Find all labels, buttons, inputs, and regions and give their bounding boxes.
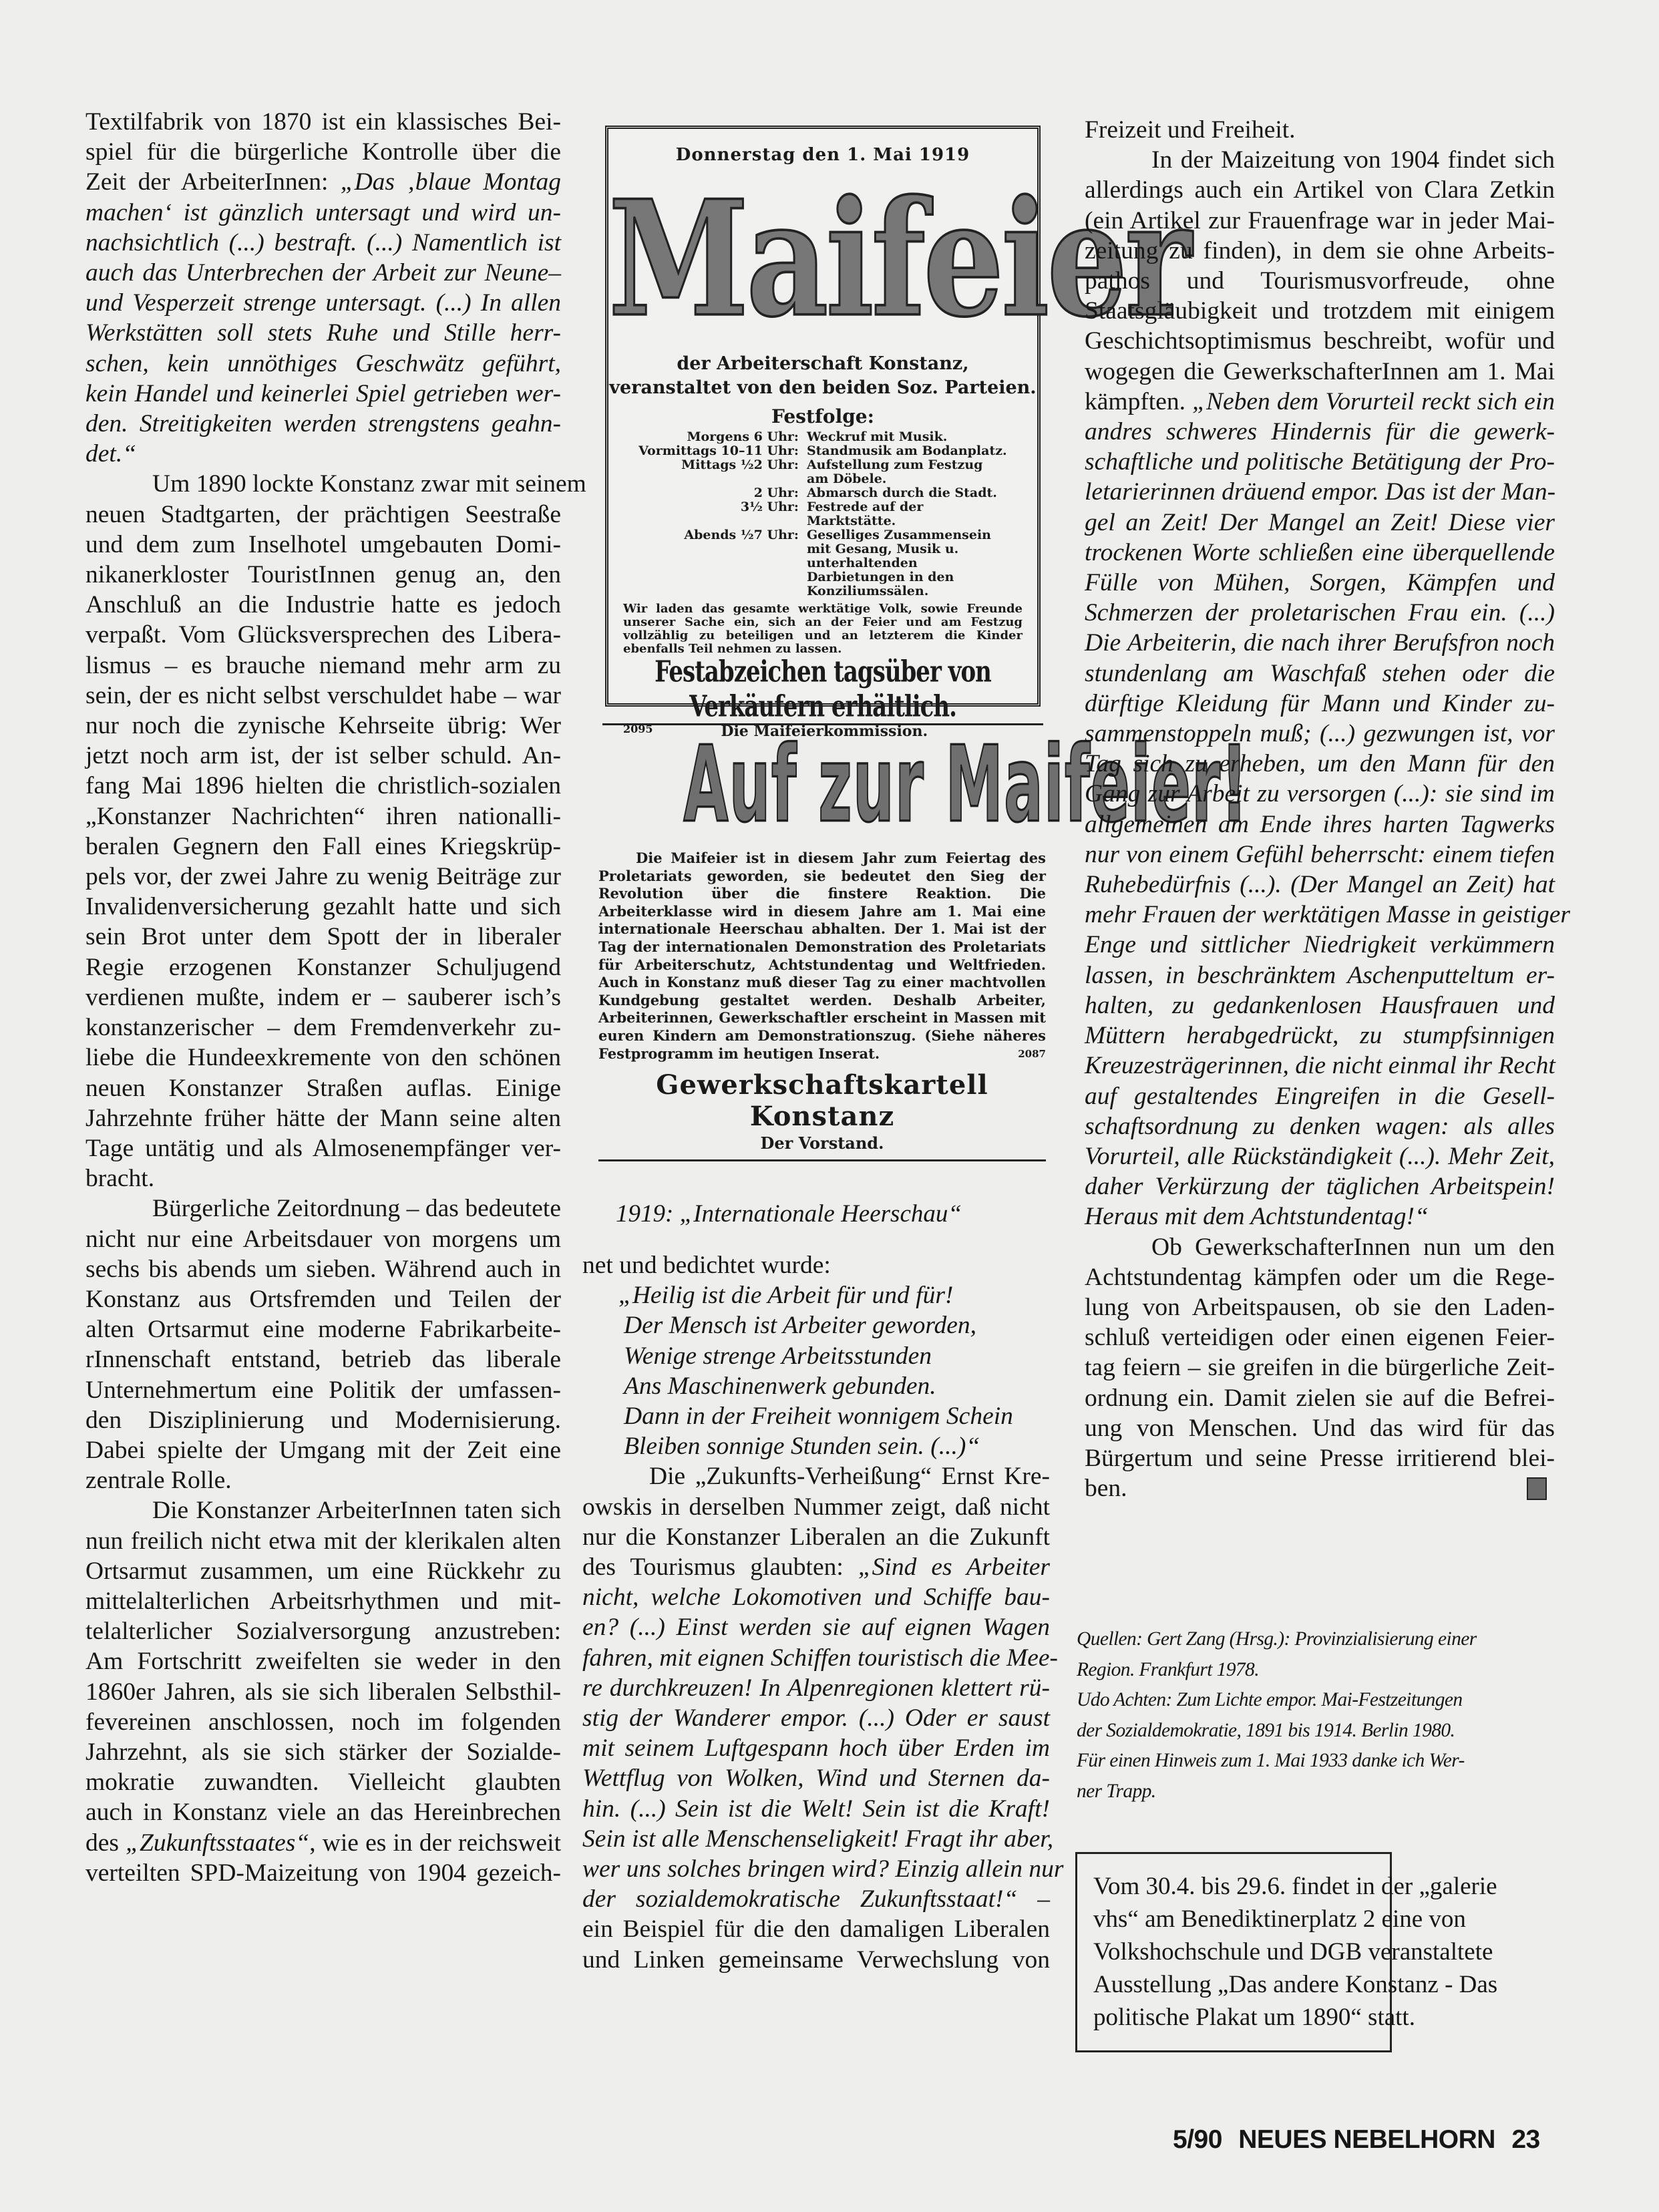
poster2-body-text: Die Maifeier ist in diesem Jahr zum Feie…: [598, 850, 1046, 1062]
poster-date: Donnerstag den 1. Mai 1919: [608, 145, 1037, 165]
text-line: nur von einem Gefühl beherrscht: einem t…: [1085, 840, 1555, 870]
program-row: 3½ Uhr:Festrede auf der Marktstätte.: [634, 500, 1011, 528]
page-footer: 5/90 NEUES NEBELHORN 23: [1173, 2125, 1549, 2155]
text-line: und Linken gemeinsame Verwechslung von: [582, 1945, 1050, 1975]
text-line: Anschluß an die Industrie hatte es jedoc…: [85, 590, 561, 620]
text-line: sein, der es nicht selbst verschuldet ha…: [85, 681, 561, 711]
source-line: ner Trapp.: [1077, 1777, 1531, 1807]
text-line: lismus – es brauche niemand mehr arm zu: [85, 651, 561, 681]
text-line: hin. (...) Sein ist die Welt! Sein ist d…: [582, 1794, 1050, 1824]
text-line: Die Konstanzer ArbeiterInnen taten sich: [85, 1495, 561, 1525]
end-of-article-square-icon: [1527, 1477, 1547, 1500]
text-line: verdienen mußte, indem er – sauberer isc…: [85, 982, 561, 1012]
text-line: den Disziplinierung und Modernisierung.: [85, 1405, 561, 1435]
text-line: Tag sich zu erheben, um den Mann für den: [1085, 749, 1555, 779]
text-line: Werkstätten soll stets Ruhe und Stille h…: [85, 318, 561, 348]
article-column-right: Freizeit und Freiheit.In der Maizeitung …: [1085, 115, 1555, 1503]
text-line: Wettflug von Wolken, Wind und Sternen da…: [582, 1763, 1050, 1793]
text-line: Konstanz aus Ortsfremden und Teilen der: [85, 1284, 561, 1314]
program-row: Abends ½7 Uhr:Geselliges Zusammensein mi…: [634, 528, 1011, 598]
text-line: tag feiern – sie greifen in die bürgerli…: [1085, 1352, 1555, 1382]
program-time: 3½ Uhr:: [634, 500, 803, 528]
verse-line: Ans Maschinenwerk gebunden.: [624, 1371, 1050, 1401]
poem-verse: „Heilig ist die Arbeit für und für! Der …: [582, 1280, 1050, 1461]
program-time: Morgens 6 Uhr:: [634, 430, 803, 444]
text-line: stig der Wanderer empor. (...) Oder er s…: [582, 1703, 1050, 1733]
text-line: Die „Zukunfts-Verheißung“ Ernst Kre-: [582, 1461, 1050, 1491]
verse-line: „Heilig ist die Arbeit für und für!: [618, 1280, 1050, 1310]
text-line: auch das Unterbrechen der Arbeit zur Neu…: [85, 258, 561, 288]
notice-line: Vom 30.4. bis 29.6. findet in der „galer…: [1093, 1870, 1379, 1903]
text-line: nikanerkloster TouristInnen genug an, de…: [85, 560, 561, 590]
notice-line: Volkshochschule und DGB veranstaltete: [1093, 1935, 1379, 1968]
text-line: re durchkreuzen! In Alpenregionen klette…: [582, 1673, 1050, 1703]
text-line: Geschichtsoptimismus beschreibt, wofür u…: [1085, 326, 1555, 356]
text-line: konstanzerischer – dem Fremdenverkehr zu…: [85, 1012, 561, 1043]
text-line: mittelalterlichen Arbeitsrhythmen und mi…: [85, 1586, 561, 1616]
poster2-organization: Gewerkschaftskartell Konstanz: [598, 1069, 1046, 1132]
text-line: des „Zukunftsstaates“, wie es in der rei…: [85, 1828, 561, 1858]
notice-line: Ausstellung „Das andere Konstanz - Das: [1093, 1968, 1379, 2001]
text-line: andres schweres Hindernis für die gewerk…: [1085, 417, 1555, 447]
text-line: lassen, in beschränktem Aschenputteltum …: [1085, 960, 1555, 990]
poster2-body: Die Maifeier ist in diesem Jahr zum Feie…: [598, 850, 1046, 1063]
program-event: Abmarsch durch die Stadt.: [803, 486, 1011, 500]
text-line: Ortsarmut zusammen, um eine Rückkehr zu: [85, 1556, 561, 1586]
text-line: Die Arbeiterin, die nach ihrer Berufsfro…: [1085, 628, 1555, 658]
poster-maifeier-ad: Donnerstag den 1. Mai 1919 Maifeier der …: [605, 126, 1041, 707]
text-line: lung von Arbeitspausen, ob sie den Laden…: [1085, 1292, 1555, 1322]
text-line: Regie erzogenen Konstanzer Schuljugend: [85, 952, 561, 982]
text-line: verpaßt. Vom Glücksversprechen des Liber…: [85, 620, 561, 650]
poster-badge-line: Festabzeichen tagsüber von Verkäufern er…: [608, 655, 1037, 724]
text-line: spiel für die bürgerliche Kontrolle über…: [85, 137, 561, 167]
text-line: des Tourismus glaubten: „Sind es Arbeite…: [582, 1552, 1050, 1582]
program-event: Festrede auf der Marktstätte.: [803, 500, 1011, 528]
text-line: 1860er Jahren, als sie sich liberalen Se…: [85, 1677, 561, 1707]
poster-subtitle-1: der Arbeiterschaft Konstanz,: [608, 352, 1037, 376]
text-line: pathos und Tourismusvorfreude, ohne: [1085, 266, 1555, 296]
program-row: 2 Uhr:Abmarsch durch die Stadt.: [634, 486, 1011, 500]
text-line: mokratie zuwandten. Vielleicht glaubten: [85, 1767, 561, 1797]
text-line: nicht, welche Lokomotiven und Schiffe ba…: [582, 1582, 1050, 1612]
text-line: allerdings auch ein Artikel von Clara Ze…: [1085, 175, 1555, 205]
program-event: Standmusik am Bodanplatz.: [803, 444, 1011, 458]
text-line: allgemeinen am Ende ihres harten Tagwerk…: [1085, 809, 1555, 840]
text-line: ein Beispiel für die den damaligen Liber…: [582, 1914, 1050, 1944]
poster-program-table: Morgens 6 Uhr:Weckruf mit Musik.Vormitta…: [634, 430, 1011, 598]
source-line: Für einen Hinweis zum 1. Mai 1933 danke …: [1077, 1746, 1531, 1777]
text-line: trockenen Worte schließen eine überquell…: [1085, 538, 1555, 568]
text-line: In der Maizeitung von 1904 findet sich: [1085, 145, 1555, 175]
text-line: letarierinnen dräuend empor. Das ist der…: [1085, 477, 1555, 507]
sources-list: Quellen: Gert Zang (Hrsg.): Provinzialis…: [1077, 1624, 1531, 1807]
poster-subtitle-2: veranstaltet von den beiden Soz. Parteie…: [608, 376, 1037, 400]
text-line: machen‘ ist gänzlich untersagt und wird …: [85, 198, 561, 228]
source-line: Udo Achten: Zum Lichte empor. Mai-Festze…: [1077, 1685, 1531, 1716]
article-column-middle: net und bedichtet wurde: „Heilig ist die…: [582, 1250, 1050, 1975]
text-line: ben.: [1085, 1473, 1555, 1503]
text-line: Kreuzesträgerinnen, die nicht einmal ihr…: [1085, 1051, 1555, 1081]
text-line: Jahrzehnte früher hätte der Mann seine a…: [85, 1103, 561, 1133]
text-line: nur die Konstanzer Liberalen an die Zuku…: [582, 1522, 1050, 1552]
text-line: schen, kein unnöthiges Geschwätz geführt…: [85, 349, 561, 379]
issue-number: 5/90: [1173, 2125, 1222, 2154]
text-line: Gang zur Arbeit zu versorgen (...): sie …: [1085, 779, 1555, 809]
text-line: auch in Konstanz viele an das Hereinbrec…: [85, 1797, 561, 1827]
text-line: Enge und sittlicher Niedrigkeit verkümme…: [1085, 930, 1555, 960]
verse-line: Wenige strenge Arbeitsstunden: [624, 1341, 1050, 1371]
text-line: dürftige Kleidung für Mann und Kinder zu…: [1085, 689, 1555, 719]
text-line: verteilten SPD-Maizeitung von 1904 gezei…: [85, 1858, 561, 1888]
text-line: nachsichtlich (...) bestraft. (...) Name…: [85, 228, 561, 258]
text-line: „Konstanzer Nachrichten“ ihren nationall…: [85, 801, 561, 832]
text-line: Schmerzen der proletarischen Frau ein. (…: [1085, 598, 1555, 628]
program-time: 2 Uhr:: [634, 486, 803, 500]
text-line: nun freilich nicht etwa mit der klerikal…: [85, 1526, 561, 1556]
text-line: kein Handel und keinerlei Spiel getriebe…: [85, 379, 561, 409]
exhibition-notice-box: Vom 30.4. bis 29.6. findet in der „galer…: [1075, 1852, 1392, 2052]
poster-title: Maifeier: [608, 172, 1037, 347]
text-line: mehr Frauen der werktätigen Masse in gei…: [1085, 900, 1555, 930]
text-line: Sein ist alle Menschenseligkeit! Fragt i…: [582, 1824, 1050, 1854]
text-line: ordnung ein. Damit zielen sie auf die Be…: [1085, 1383, 1555, 1413]
text-line: Müttern herabgedrückt, zu stumpfsinnigen: [1085, 1021, 1555, 1051]
text-line: stundenlang am Waschfaß stehen oder die: [1085, 659, 1555, 689]
text-line: sein Brot unter dem Spott der in liberal…: [85, 922, 561, 952]
image-caption: 1919: „Internationale Heerschau“: [616, 1200, 962, 1228]
paragraph-intro: net und bedichtet wurde:: [582, 1250, 1050, 1280]
program-row: Mittags ½2 Uhr:Aufstellung zum Festzug a…: [634, 458, 1011, 486]
source-line: Region. Frankfurt 1978.: [1077, 1655, 1531, 1686]
text-line: schaftsordnung zu denken wagen: als alle…: [1085, 1111, 1555, 1141]
text-line: (ein Artikel zur Frauenfrage war in jede…: [1085, 206, 1555, 236]
text-line: Tage untätig und als Almosenempfänger ve…: [85, 1133, 561, 1163]
article-column-left: Textilfabrik von 1870 ist ein klassische…: [85, 107, 561, 1888]
text-line: alten Ortsarmut eine moderne Fabrikarbei…: [85, 1314, 561, 1344]
text-line: und dem zum Inselhotel umgebauten Domi-: [85, 530, 561, 560]
text-line: wer uns solches bringen wird? Einzig all…: [582, 1854, 1050, 1884]
text-line: Fülle von Mühen, Sorgen, Kämpfen und: [1085, 568, 1555, 598]
text-line: det.“: [85, 439, 561, 469]
text-line: Textilfabrik von 1870 ist ein klassische…: [85, 107, 561, 137]
text-line: sechs bis abends um sieben. Während auch…: [85, 1254, 561, 1284]
text-line: Um 1890 lockte Konstanz zwar mit seinem: [85, 469, 561, 499]
notice-line: politische Plakat um 1890“ statt.: [1093, 2001, 1379, 2034]
text-line: fahren, mit eignen Schiffen touristisch …: [582, 1643, 1050, 1673]
text-line: Am Fortschritt zweifelten sie weder in d…: [85, 1646, 561, 1676]
source-line: der Sozialdemokratie, 1891 bis 1914. Ber…: [1077, 1716, 1531, 1746]
text-line: Zeit der ArbeiterInnen: „Das ‚blaue Mont…: [85, 167, 561, 197]
text-line: Achtstundentag kämpfen oder um die Rege-: [1085, 1262, 1555, 1292]
text-line: Bürgerliche Zeitordnung – das bedeutete: [85, 1193, 561, 1224]
program-event: Geselliges Zusammensein mit Gesang, Musi…: [803, 528, 1011, 598]
text-line: kämpften. „Neben dem Vorurteil reckt sic…: [1085, 387, 1555, 417]
text-line: ung von Menschen. Und das wird für das: [1085, 1413, 1555, 1443]
page-number: 23: [1511, 2125, 1539, 2154]
text-line: nur noch die zynische Kehrseite übrig: W…: [85, 711, 561, 741]
text-line: nicht nur eine Arbeitsdauer von morgens …: [85, 1224, 561, 1254]
text-line: der sozialdemokratische Zukunftsstaat!“ …: [582, 1884, 1050, 1914]
text-line: auf gestaltendes Eingreifen in die Gesel…: [1085, 1081, 1555, 1111]
text-line: telalterlicher Sozialversorgung anzustre…: [85, 1616, 561, 1646]
poster-invitation: Wir laden das gesamte werktätige Volk, s…: [608, 598, 1037, 656]
text-line: den. Streitigkeiten werden strengstens g…: [85, 409, 561, 439]
program-event: Weckruf mit Musik.: [803, 430, 1011, 444]
magazine-name: NEUES NEBELHORN: [1238, 2125, 1495, 2154]
program-row: Morgens 6 Uhr:Weckruf mit Musik.: [634, 430, 1011, 444]
text-line: pels vor, der zwei Jahre zu wenig Beiträ…: [85, 862, 561, 892]
text-line: owskis in derselben Nummer zeigt, daß ni…: [582, 1492, 1050, 1522]
text-line: fang Mai 1896 hielten die christlich-soz…: [85, 771, 561, 801]
text-line: mit seinem Luftgespann hoch über Erden i…: [582, 1733, 1050, 1763]
text-line: zentrale Rolle.: [85, 1465, 561, 1495]
text-line: Heraus mit dem Achtstundentag!“: [1085, 1202, 1555, 1232]
text-line: rInnenschaft entstand, betrieb das liber…: [85, 1344, 561, 1374]
program-row: Vormittags 10–11 Uhr:Standmusik am Bodan…: [634, 444, 1011, 458]
text-line: neuen Konstanzer Straßen auflas. Einige: [85, 1073, 561, 1103]
text-line: Invalidenversicherung gezahlt hatte und …: [85, 892, 561, 922]
program-time: Mittags ½2 Uhr:: [634, 458, 803, 486]
text-line: en? (...) Einst werden sie auf eignen Wa…: [582, 1612, 1050, 1642]
poster-program-heading: Festfolge:: [608, 405, 1037, 427]
text-line: fevereinen anschlossen, noch im folgende…: [85, 1707, 561, 1737]
text-line: bracht.: [85, 1163, 561, 1193]
program-event: Aufstellung zum Festzug am Döbele.: [803, 458, 1011, 486]
text-line: Bürgertum und seine Presse irritierend b…: [1085, 1443, 1555, 1473]
source-line: Quellen: Gert Zang (Hrsg.): Provinzialis…: [1077, 1624, 1531, 1655]
text-line: Unternehmertum eine Politik der umfassen…: [85, 1375, 561, 1405]
poster2-signature: Der Vorstand.: [598, 1133, 1046, 1153]
text-line: liebe die Hundeexkremente von den schöne…: [85, 1043, 561, 1073]
notice-line: vhs“ am Benediktinerplatz 2 eine von: [1093, 1903, 1379, 1935]
text-line: jetzt noch arm ist, der ist selber schul…: [85, 741, 561, 771]
text-line: und Vesperzeit strenge untersagt. (...) …: [85, 288, 561, 318]
text-line: neuen Stadtgarten, der prächtigen Seestr…: [85, 500, 561, 530]
text-line: schluß verteidigen oder einen eigenen Fe…: [1085, 1322, 1555, 1352]
verse-line: Dann in der Freiheit wonnigem Schein: [624, 1401, 1050, 1431]
program-time: Vormittags 10–11 Uhr:: [634, 444, 803, 458]
poster-auf-zur-maifeier: Auf zur Maifeier! Die Maifeier ist in di…: [598, 729, 1046, 1161]
text-line: Ruhebedürfnis (...). (Der Mangel an Zeit…: [1085, 870, 1555, 900]
poster2-title: Auf zur Maifeier!: [683, 729, 960, 842]
text-line: halten, zu gedankenlosen Hausfrauen und: [1085, 990, 1555, 1021]
poster2-ad-number: 2087: [980, 1045, 1046, 1063]
text-line: Vorurteil, alle Rückständigkeit (...). M…: [1085, 1141, 1555, 1171]
text-line: Jahrzehnt, als sie sich stärker der Sozi…: [85, 1737, 561, 1767]
text-line: beralen Gegnern den Fall eines Kriegskrü…: [85, 832, 561, 862]
verse-line: Der Mensch ist Arbeiter geworden,: [624, 1310, 1050, 1340]
divider-rule: [598, 1159, 1046, 1161]
text-line: Dabei spielte der Umgang mit der Zeit ei…: [85, 1435, 561, 1465]
text-line: gel an Zeit! Der Mangel an Zeit! Diese v…: [1085, 508, 1555, 538]
text-line: sammenstoppeln muß; (...) gezwungen ist,…: [1085, 719, 1555, 749]
text-line: schaftliche und politische Betätigung de…: [1085, 447, 1555, 477]
text-line: daher Verkürzung der täglichen Arbeitspe…: [1085, 1171, 1555, 1202]
text-line: Staatsgläubigkeit und trotzdem mit einig…: [1085, 296, 1555, 326]
text-line: Ob GewerkschafterInnen nun um den: [1085, 1232, 1555, 1262]
verse-line: Bleiben sonnige Stunden sein. (...)“: [624, 1431, 1050, 1461]
text-line: zeitung zu finden), in dem sie ohne Arbe…: [1085, 236, 1555, 266]
paragraph-lines: Die „Zukunfts-Verheißung“ Ernst Kre-owsk…: [582, 1461, 1050, 1974]
text-line: wogegen die GewerkschafterInnen am 1. Ma…: [1085, 357, 1555, 387]
program-time: Abends ½7 Uhr:: [634, 528, 803, 598]
text-line: Freizeit und Freiheit.: [1085, 115, 1555, 145]
